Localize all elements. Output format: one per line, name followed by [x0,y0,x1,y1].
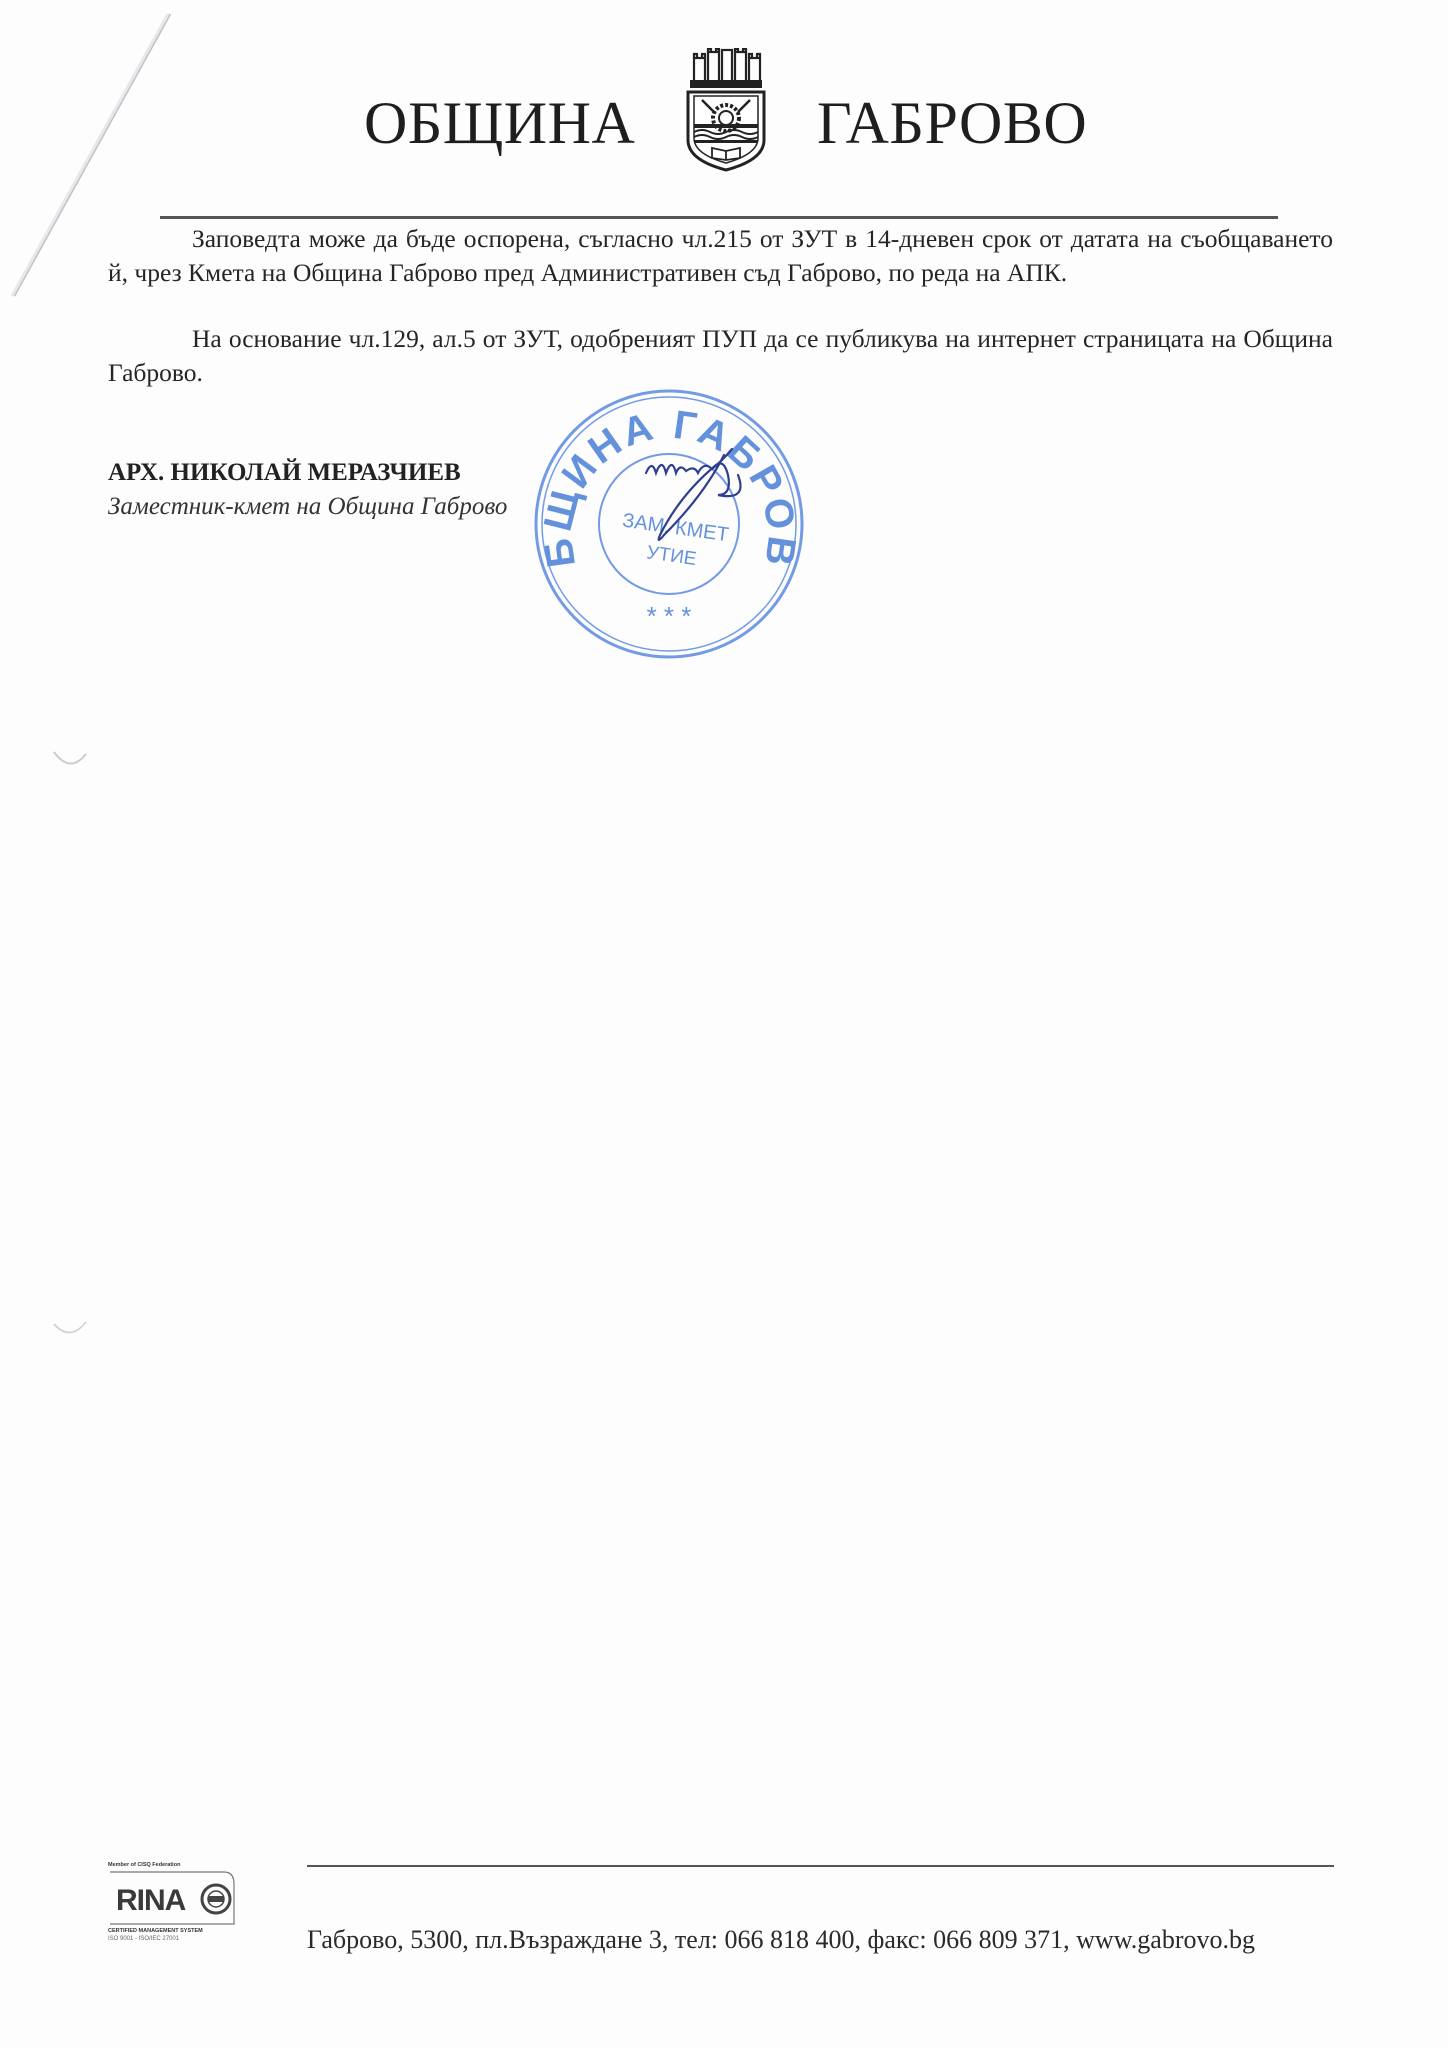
paragraph-text: Заповедта може да бъде оспорена, съгласн… [108,224,1333,287]
paragraph-appeal-notice: Заповедта може да бъде оспорена, съгласн… [108,222,1333,289]
header-city-word: ГАБРОВО [817,88,1087,158]
stamp-inner-line-1: ЗАМ. КМЕТ [621,510,730,547]
rina-iso-standards: ISO 9001 - ISO/IEC 27001 [108,1936,179,1942]
footer-divider [307,1865,1334,1867]
paragraph-publication-notice: На основание чл.129, ал.5 от ЗУТ, одобре… [108,322,1333,389]
rina-member-text: Member of CISQ Federation [108,1862,180,1868]
header-municipality-word: ОБЩИНА [364,88,635,158]
stamp-stars: * * * [647,601,692,631]
paragraph-text: На основание чл.129, ал.5 от ЗУТ, одобре… [108,324,1333,387]
punch-hole-mark [50,748,90,772]
gabrovo-coat-of-arms-icon [680,48,772,172]
footer-address: Габрово, 5300, пл.Възраждане 3, тел: 066… [307,1925,1255,1955]
header-divider [160,216,1278,219]
rina-certification-logo: Member of CISQ Federation RINA CERTIFIED… [108,1862,243,1946]
signatory-name: АРХ. НИКОЛАЙ МЕРАЗЧИЕВ [108,459,461,487]
stamp-inner-line-2: УТИЕ [645,542,697,570]
official-stamp-icon: ОБЩИНА ГАБРОВО ЗАМ. КМЕТ УТИЕ * * * [528,385,810,663]
svg-text:ОБЩИНА ГАБРОВО: ОБЩИНА ГАБРОВО [528,385,804,570]
punch-hole-mark [50,1318,90,1342]
rina-certified-text: CERTIFIED MANAGEMENT SYSTEM [108,1928,203,1934]
stamp-outer-text: ОБЩИНА ГАБРОВО [528,385,804,570]
signatory-title: Заместник-кмет на Община Габрово [108,493,507,521]
rina-brand: RINA [116,1884,186,1917]
rina-badge-icon: RINA [108,1870,236,1926]
